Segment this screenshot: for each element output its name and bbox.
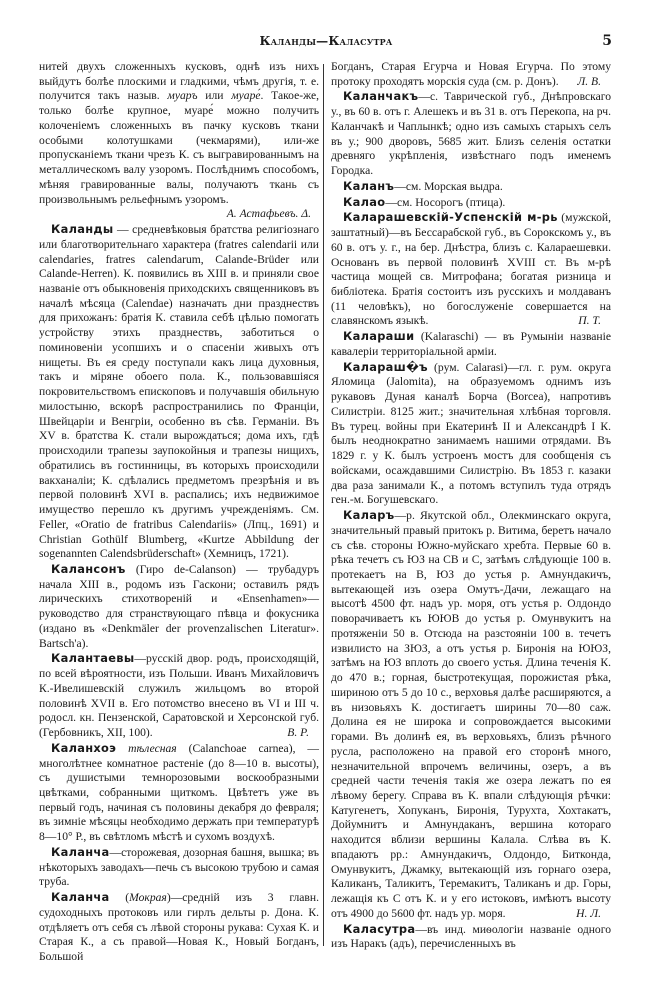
entry-kalancha: Каланча—сторожевая, дозорная башня, вышк… (39, 845, 319, 890)
entry-kalasutra: Каласутра—въ инд. миѳологіи названіе одн… (331, 922, 611, 952)
entry-kalandy: Каланды — средневѣковыя братства религіо… (39, 222, 319, 562)
headword: Калараши (343, 329, 414, 343)
continuation-text: нитей двухъ сложенныхъ кусковъ, однѣ изъ… (39, 60, 319, 207)
signature: Н. Л. (564, 907, 611, 922)
headword: Каланхоэ (51, 741, 116, 755)
signature: В. Р. (275, 726, 319, 741)
continuation-text: Богданъ, Старая Егурча и Новая Егурча. П… (331, 60, 611, 89)
headword: Каланчакъ (343, 89, 418, 103)
signature: А. Астафьевъ. Δ. (39, 207, 319, 222)
headword: Калансонъ (51, 562, 126, 576)
entry-kalantaevy: Калантаевы—русскій двор. родъ, происходя… (39, 651, 319, 740)
headword: Калантаевы (51, 651, 134, 665)
entry-kalarash: Калараш�ъ (рум. Calarasi)—гл. г. рум. ок… (331, 360, 611, 508)
entry-kalanhoe: Каланхоэ тѣлесная (Calanchoae carnea), —… (39, 741, 319, 845)
headword: Каларъ (343, 508, 395, 522)
headword: Каланды (51, 222, 114, 236)
left-column: нитей двухъ сложенныхъ кусковъ, однѣ изъ… (39, 60, 319, 965)
entry-kalan: Каланъ—см. Морская выдра. (331, 179, 611, 195)
entry-kalancha-mokraya: Каланча (Мокрая)—средній изъ 3 главн. су… (39, 890, 319, 965)
entry-kalar: Каларъ—р. Якутской обл., Олекминскаго ок… (331, 508, 611, 922)
headword: Калао (343, 195, 385, 209)
entry-kalanson: Калансонъ (Гиро de-Calanson) — трубадуръ… (39, 562, 319, 651)
entry-kalarashevsky-monastery: Каларашевскій-Успенскій м-рь (мужской, з… (331, 210, 611, 329)
headword: Каларашевскій-Успенскій м-рь (343, 210, 558, 224)
page-number: 5 (602, 33, 612, 49)
signature: Л. В. (577, 75, 611, 90)
entry-kalao: Калао—см. Носорогъ (птица). (331, 195, 611, 211)
running-head: Каланды—Каласутра (40, 34, 612, 48)
entry-kalanchak: Каланчакъ—с. Таврической губ., Днѣпровск… (331, 89, 611, 178)
column-divider (323, 64, 324, 946)
headword: Каланча (51, 890, 110, 904)
headword: Каланъ (343, 179, 394, 193)
page-header: Каланды—Каласутра 5 (40, 34, 612, 52)
entry-kalarashi: Калараши (Kalaraschi) — въ Румыніи назва… (331, 329, 611, 359)
headword: Каланча (51, 845, 110, 859)
right-column: Богданъ, Старая Егурча и Новая Егурча. П… (331, 60, 611, 952)
headword: Калараш�ъ (343, 360, 428, 374)
signature: П. Т. (566, 314, 611, 329)
headword: Каласутра (343, 922, 415, 936)
